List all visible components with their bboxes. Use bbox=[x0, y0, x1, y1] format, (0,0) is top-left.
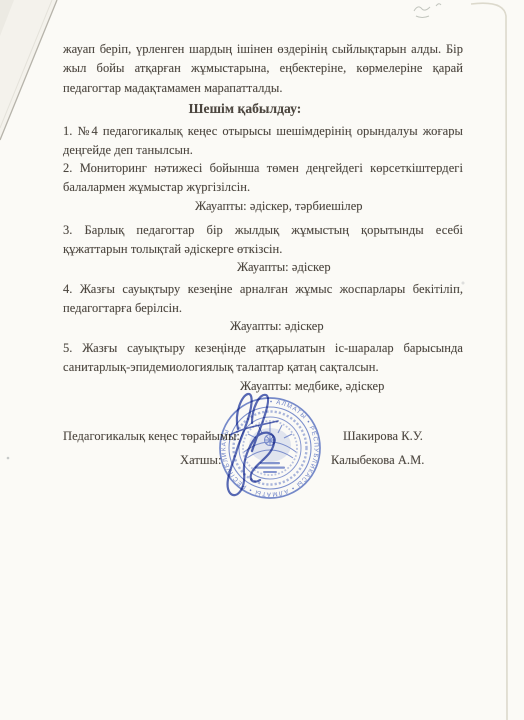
decision-item-3: 3. Барлық педагогтар бір жылдық жұмыстың… bbox=[63, 221, 463, 260]
responsible-line-3: Жауапты: әдіскер bbox=[230, 317, 324, 336]
responsible-line-2: Жауапты: әдіскер bbox=[237, 258, 331, 277]
intro-paragraph: жауап беріп, үрленген шардың ішінен өзде… bbox=[63, 40, 463, 98]
folded-corner bbox=[0, 0, 57, 140]
stamp-inner-text-ring bbox=[234, 412, 307, 485]
secretary-label: Хатшы: bbox=[180, 451, 222, 470]
handwritten-signature bbox=[200, 385, 330, 510]
decision-item-1: 1. №4 педагогикалық кеңес отырысы шешімд… bbox=[63, 122, 463, 161]
chair-label: Педагогикалық кеңес төрайымы: bbox=[63, 427, 240, 446]
responsible-line-1: Жауапты: әдіскер, тәрбиешілер bbox=[195, 197, 363, 216]
decision-item-5: 5. Жазғы сауықтыру кезеңінде атқарылатын… bbox=[63, 339, 463, 378]
decision-item-2: 2. Мониторинг нәтижесі бойынша төмен дең… bbox=[63, 159, 463, 198]
section-heading: Шешім қабылдау: bbox=[45, 99, 445, 118]
official-stamp: • АЛМАТЫ • РЕСПУБЛИКАСЫ • АЛМАТЫ • РЕСПУ… bbox=[214, 392, 326, 504]
stamp-emblem bbox=[244, 422, 296, 473]
stamp-rim-text: • АЛМАТЫ • РЕСПУБЛИКАСЫ • АЛМАТЫ • РЕСПУ… bbox=[220, 398, 319, 497]
pencil-mark bbox=[414, 4, 441, 18]
page-edge-line bbox=[471, 3, 507, 720]
chair-name: Шакирова К.У. bbox=[343, 427, 423, 446]
scanned-document-page: жауап беріп, үрленген шардың ішінен өзде… bbox=[0, 0, 524, 720]
decision-item-4: 4. Жазғы сауықтыру кезеңіне арналған жұм… bbox=[63, 280, 463, 319]
responsible-line-4: Жауапты: медбике, әдіскер bbox=[240, 377, 384, 396]
secretary-name: Калыбекова А.М. bbox=[331, 451, 424, 470]
